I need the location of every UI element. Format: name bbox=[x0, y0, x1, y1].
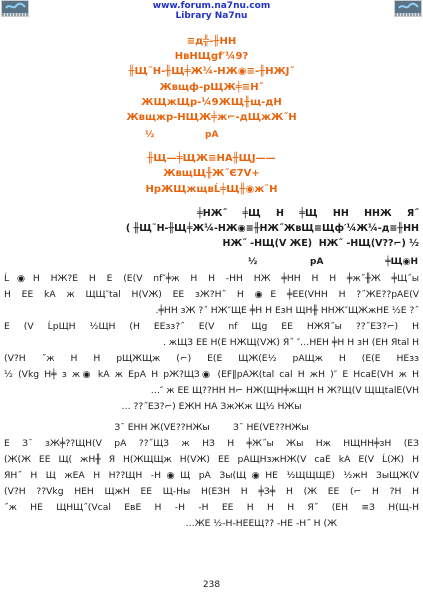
title-line-6: Жвщжр-НЩЖ╪ж⌐-дЩжЖ˝Н bbox=[0, 112, 423, 124]
body-line-11: Е З¯ зЖ╪??ЩН(V pA ??˝ЩЗ ж НЗ Н ╪Ж˝ы Жы Н… bbox=[4, 438, 419, 450]
body-line-9: … ??˝ЕЗ?⌐) ЕЖН НА ЗжЖж Щ½ НЖы bbox=[4, 401, 419, 413]
body-line-10: З¯ ЕНН Ж(VЕ??НЖы З¯ НЕ(VЕ??НЖы bbox=[4, 422, 419, 434]
site-url: www.forum.na7nu.com bbox=[0, 1, 423, 11]
title-line-5: ЖЩжЩр-¼9ЖЩ╫щ-дН bbox=[0, 97, 423, 109]
body-line-13: ЯН˝ Н Щ жЕА Н Н??ЩН -Н◉Щ pA Зы(Щ◉НЕ ½ЩЩЩ… bbox=[4, 470, 419, 482]
document-page: www.forum.na7nu.com Library Na7nu ≡д╬-╫Н… bbox=[0, 0, 423, 598]
heading-token-word: ╪Щ◉Н bbox=[385, 257, 418, 267]
heading-token-half: ½ bbox=[248, 257, 257, 267]
page-number: 238 bbox=[0, 580, 423, 590]
title-token-pa: pA bbox=[205, 130, 218, 140]
site-header: www.forum.na7nu.com Library Na7nu bbox=[0, 1, 423, 21]
subtitle-line-3: НрЖЩжщвĹ╪Щ╫◉ж˜Н bbox=[0, 184, 423, 196]
body-line-3: .╪НН зЖ ?˝ НЖ″ЩЕ ╪Н Н ЕзН ЩН╫ ННЖ″ЩЖжНЕ … bbox=[4, 305, 419, 317]
body-line-15: ˝ж НЕ ЩНЩ˝(Vcal ЕвЕ Н -Н -Н ЕЕ Н Н Н Я˝ … bbox=[4, 502, 419, 514]
heading-token-pa: pA bbox=[310, 257, 323, 267]
heading-token-line: ½ pA ╪Щ◉Н bbox=[0, 257, 423, 269]
body-line-5: . жЩЗ ЕЕ Н(Е НЖЩ(VЖ) Я˝ ″…НЕН ╪Н Н зН (Е… bbox=[4, 337, 419, 349]
site-name: Library Na7nu bbox=[0, 11, 423, 21]
body-line-6: (V?Н ˝ж Н Н рЩЖЩж (⌐) Е(Е ЩЖ(Е½ pAЩж Н (… bbox=[4, 353, 419, 365]
body-line-2: Н ЕЕ kA ж ЩЩ″tal Н(VЖ) ЕЕ зЖ?Н˝ Н ◉Е ╪ЕЕ… bbox=[4, 289, 419, 301]
title-line-1: ≡д╬-╫НН bbox=[0, 36, 423, 48]
title-line-4: Жвщф-рЩЖ╪≡Н˝ bbox=[0, 82, 423, 94]
body-line-12: (Ж(Ж ЕЕ Щ( жН╫ Я Н(ЖЩЩж Н(VЖ) ЕЕ pAЩНзжН… bbox=[4, 454, 419, 466]
body-line-1: Ĺ◉Н НЖ?Е Н Е (Е(V nf″╪ж Н Н -НН НЖ ╪НН Н… bbox=[4, 273, 419, 285]
title-token-line: ½ pA bbox=[0, 130, 423, 142]
subtitle-line-2: ЖвщЩ╫Ж˝Є7V+ bbox=[0, 168, 423, 180]
heading-line-2: ( ╫Щ˜Н-╫Щ╪Ж¼-НЖ◉≡╫НЖ˝ЖвЩ≡Щф′¼Ж¼-д≡╫НН bbox=[0, 223, 419, 235]
body-line-8: …″ ж ЕЕ Щ??НН Н⌐ НЖ(ЩН╪жЩН Н Ж?Щ(V ЩЩtal… bbox=[4, 385, 419, 397]
heading-line-3: НЖ˝ -НЩ(V ЖЕ) НЖ˝ -НЩ(V??⌐) ½ bbox=[0, 238, 419, 250]
title-token-half: ½ bbox=[145, 130, 154, 140]
title-line-2: НвНЩgf′¼9? bbox=[0, 51, 423, 63]
heading-line-1: ╪НЖ˝ ╪Щ Н ╪Щ НН ННЖ Я˝ bbox=[0, 208, 419, 220]
title-line-3: ╫Щ˜Н-╫Щ╪Ж¼-НЖ◉≡-╫НЖЈ˝ bbox=[0, 66, 423, 78]
body-line-7: ½ (Vkg Н╪ з ж◉ kA ж ЕрА Н рЖ?ЩЗ◉ (ЕF‖pAЖ… bbox=[4, 369, 419, 381]
body-line-4: Е (V ĹрЩН ½ЩН (Н ЕЕзз?˝ Е(V nf Щg ЕЕ НЖЯ… bbox=[4, 321, 419, 333]
body-line-14: (V?Н ??Vkg НЕН ЩжН ЕЕ Щ-Ны Н(ЕЗН Н ╪З╪ Н… bbox=[4, 486, 419, 498]
body-line-16: …ЖЕ ½-Н-НЕЕЩ?? -НЕ -Н˝ Н (Ж bbox=[4, 518, 337, 530]
subtitle-line-1: ╫Щ—╪ЩЖ≡НА╫ЩЈ—— bbox=[0, 153, 423, 165]
